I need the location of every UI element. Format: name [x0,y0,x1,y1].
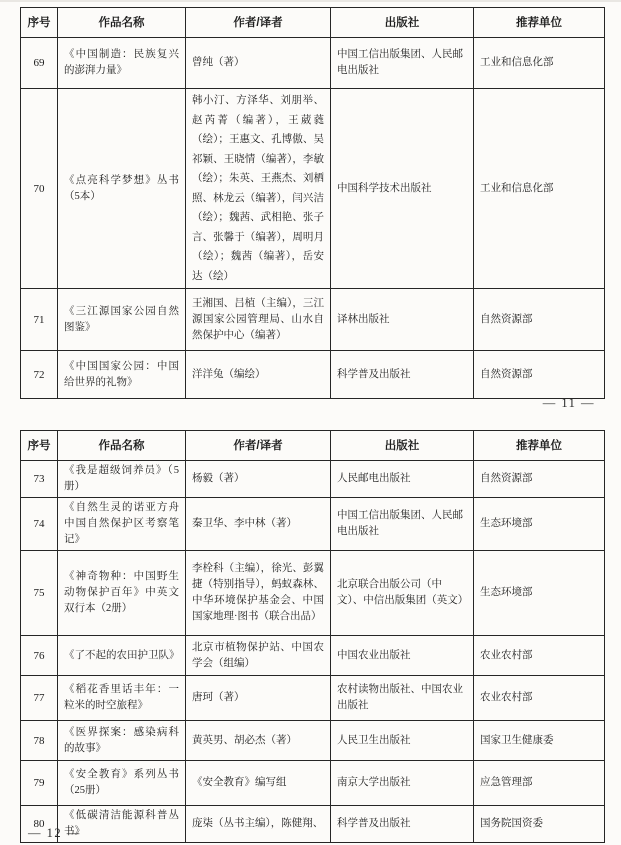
column-header-title: 作品名称 [58,8,186,38]
author-cell: 洋洋兔（编绘） [186,351,331,399]
recommend-unit-cell: 生态环境部 [474,498,605,551]
publisher-cell: 译林出版社 [331,289,474,351]
page-number-12: — 12 — [28,826,81,841]
recommend-unit-cell: 农业农村部 [474,636,605,676]
page-number-11: — 11 — [543,396,595,411]
serial-cell: 74 [21,498,58,551]
work-title-cell: 《中国国家公园：中国给世界的礼物》 [58,351,186,399]
serial-cell: 70 [21,89,58,289]
serial-cell: 71 [21,289,58,351]
work-title-cell: 《医界探案：感染病科的故事》 [58,721,186,761]
works-table-page-12: 序号 作品名称 作者/译者 出版社 推荐单位 73 《我是超级饲养员》（5 册）… [20,430,605,843]
table-row: 73 《我是超级饲养员》（5 册） 杨毅（著） 人民邮电出版社 自然资源部 [21,461,605,498]
serial-cell: 69 [21,38,58,89]
author-cell: 秦卫华、李中林（著） [186,498,331,551]
author-cell: 李栓科（主编），徐光、彭翼捷（特别指导），蚂蚁森林、中华环境保护基金会、中国国家… [186,551,331,636]
serial-cell: 72 [21,351,58,399]
author-cell: 杨毅（著） [186,461,331,498]
publisher-cell: 中国工信出版集团、人民邮电出版社 [331,38,474,89]
recommend-unit-cell: 自然资源部 [474,289,605,351]
author-cell: 唐珂（著） [186,676,331,721]
author-cell: 黄英男、胡必杰（著） [186,721,331,761]
recommend-unit-cell: 农业农村部 [474,676,605,721]
recommend-unit-cell: 国务院国资委 [474,806,605,843]
document-page: 序号 作品名称 作者/译者 出版社 推荐单位 69 《中国制造：民族复兴的澎湃力… [0,0,621,845]
table-row: 72 《中国国家公园：中国给世界的礼物》 洋洋兔（编绘） 科学普及出版社 自然资… [21,351,605,399]
work-title-cell: 《神奇物种：中国野生动物保护百年》中英文双行本（2册） [58,551,186,636]
publisher-cell: 农村读物出版社、中国农业出版社 [331,676,474,721]
column-header-serial: 序号 [21,8,58,38]
column-header-publisher: 出版社 [331,431,474,461]
work-title-cell: 《了不起的农田护卫队》 [58,636,186,676]
table-row: 69 《中国制造：民族复兴的澎湃力量》 曾纯（著） 中国工信出版集团、人民邮电出… [21,38,605,89]
recommend-unit-cell: 工业和信息化部 [474,38,605,89]
recommend-unit-cell: 工业和信息化部 [474,89,605,289]
publisher-cell: 南京大学出版社 [331,761,474,806]
author-cell: 庞柒（丛书主编），陈健翔、 [186,806,331,843]
publisher-cell: 中国科学技术出版社 [331,89,474,289]
table-row: 74 《自然生灵的诺亚方舟 中国自然保护区考察笔记》 秦卫华、李中林（著） 中国… [21,498,605,551]
table-row: 75 《神奇物种：中国野生动物保护百年》中英文双行本（2册） 李栓科（主编），徐… [21,551,605,636]
serial-cell: 75 [21,551,58,636]
works-table-page-11: 序号 作品名称 作者/译者 出版社 推荐单位 69 《中国制造：民族复兴的澎湃力… [20,7,605,399]
work-title-cell: 《稻花香里话丰年：一粒米的时空旅程》 [58,676,186,721]
publisher-cell: 人民邮电出版社 [331,461,474,498]
publisher-cell: 科学普及出版社 [331,351,474,399]
table-header-row: 序号 作品名称 作者/译者 出版社 推荐单位 [21,8,605,38]
recommend-unit-cell: 国家卫生健康委 [474,721,605,761]
table-row: 70 《点亮科学梦想》丛书（5本） 韩小汀、方泽华、刘朋举、赵芮菁（编著），王葳… [21,89,605,289]
recommend-unit-cell: 应急管理部 [474,761,605,806]
author-cell: 王湘国、吕植（主编），三江源国家公园管理局、山水自然保护中心（编著） [186,289,331,351]
publisher-cell: 中国工信出版集团、人民邮电出版社 [331,498,474,551]
table-row: 80 《低碳清洁能源科普丛书》 庞柒（丛书主编），陈健翔、 科学普及出版社 国务… [21,806,605,843]
serial-cell: 77 [21,676,58,721]
serial-cell: 73 [21,461,58,498]
table-row: 76 《了不起的农田护卫队》 北京市植物保护站、中国农学会（组编） 中国农业出版… [21,636,605,676]
column-header-author: 作者/译者 [186,8,331,38]
work-title-cell: 《中国制造：民族复兴的澎湃力量》 [58,38,186,89]
column-header-title: 作品名称 [58,431,186,461]
table-row: 79 《安全教育》系列丛书（25册） 《安全教育》编写组 南京大学出版社 应急管… [21,761,605,806]
table-header-row: 序号 作品名称 作者/译者 出版社 推荐单位 [21,431,605,461]
table-row: 77 《稻花香里话丰年：一粒米的时空旅程》 唐珂（著） 农村读物出版社、中国农业… [21,676,605,721]
recommend-unit-cell: 自然资源部 [474,461,605,498]
author-cell: 曾纯（著） [186,38,331,89]
column-header-serial: 序号 [21,431,58,461]
serial-cell: 79 [21,761,58,806]
publisher-cell: 中国农业出版社 [331,636,474,676]
work-title-cell: 《点亮科学梦想》丛书（5本） [58,89,186,289]
author-cell: 北京市植物保护站、中国农学会（组编） [186,636,331,676]
work-title-cell: 《三江源国家公园自然图鉴》 [58,289,186,351]
author-cell: 韩小汀、方泽华、刘朋举、赵芮菁（编著），王葳蕤（绘）；王惠文、孔博傲、吴祁颖、王… [186,89,331,289]
work-title-cell: 《安全教育》系列丛书（25册） [58,761,186,806]
serial-cell: 76 [21,636,58,676]
author-cell: 《安全教育》编写组 [186,761,331,806]
publisher-cell: 人民卫生出版社 [331,721,474,761]
column-header-unit: 推荐单位 [474,431,605,461]
column-header-author: 作者/译者 [186,431,331,461]
work-title-cell: 《自然生灵的诺亚方舟 中国自然保护区考察笔记》 [58,498,186,551]
publisher-cell: 科学普及出版社 [331,806,474,843]
serial-cell: 78 [21,721,58,761]
column-header-publisher: 出版社 [331,8,474,38]
table-row: 78 《医界探案：感染病科的故事》 黄英男、胡必杰（著） 人民卫生出版社 国家卫… [21,721,605,761]
recommend-unit-cell: 自然资源部 [474,351,605,399]
table-row: 71 《三江源国家公园自然图鉴》 王湘国、吕植（主编），三江源国家公园管理局、山… [21,289,605,351]
recommend-unit-cell: 生态环境部 [474,551,605,636]
column-header-unit: 推荐单位 [474,8,605,38]
work-title-cell: 《我是超级饲养员》（5 册） [58,461,186,498]
publisher-cell: 北京联合出版公司（中文）、中信出版集团（英文） [331,551,474,636]
